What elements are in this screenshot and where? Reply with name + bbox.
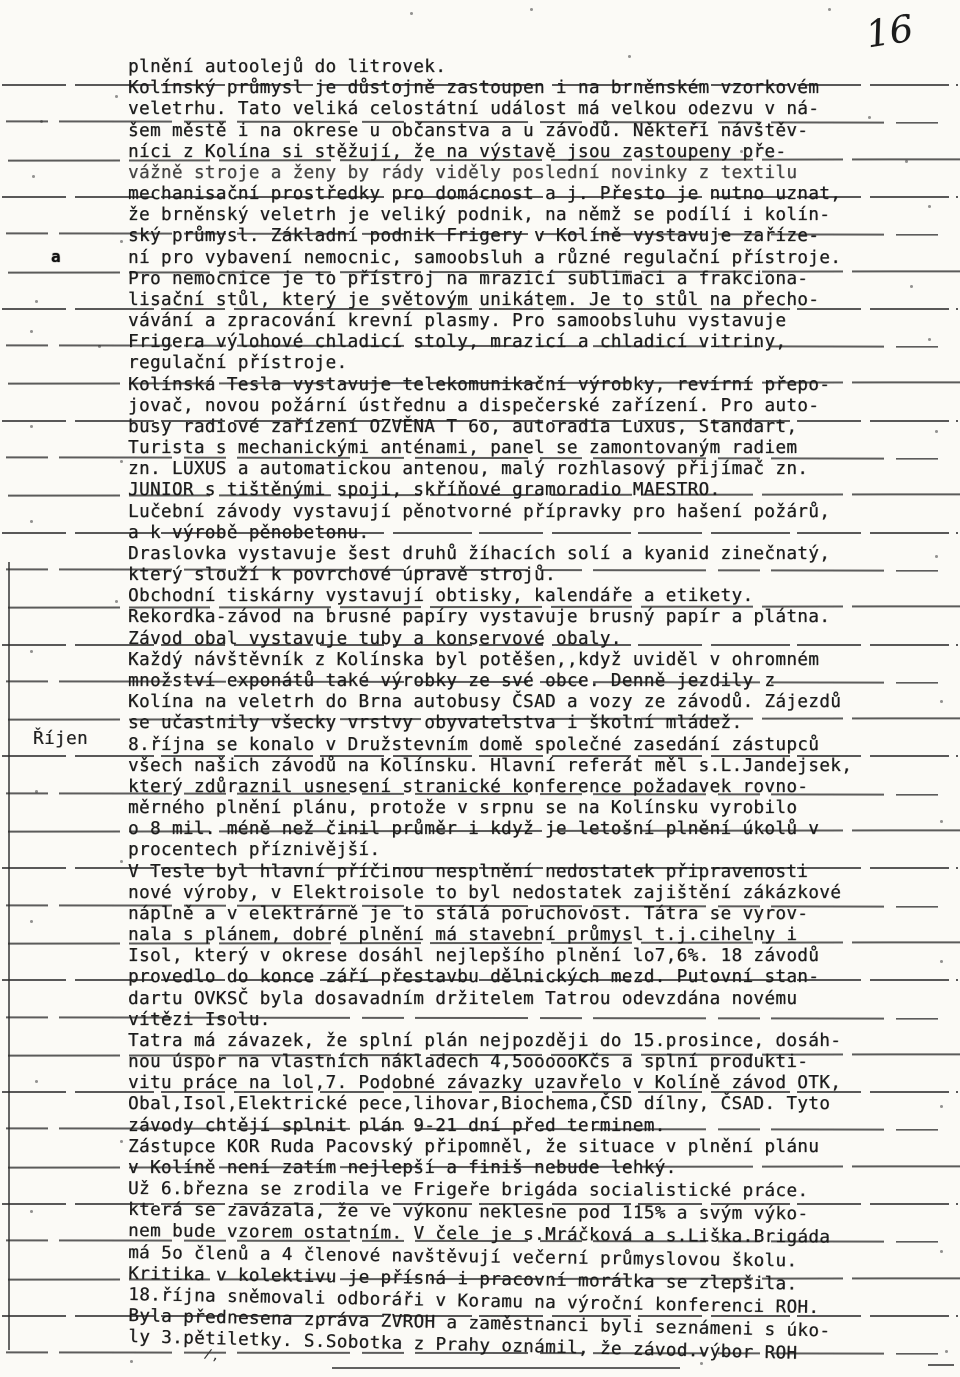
text-line: lisační stůl, který je světovým unikátem… bbox=[128, 290, 918, 311]
text-line: vitu práce na lol,7. Podobné závazky uza… bbox=[128, 1073, 918, 1094]
text-line: zn. LUXUS a automatickou antenou, malý r… bbox=[128, 459, 918, 480]
text-line: veletrhu. Tato veliká celostátní událost… bbox=[128, 99, 918, 120]
text-line: V Tesle byl hlavní příčinou nesplnění ne… bbox=[128, 862, 918, 883]
text-line: a k výrobě pěnobetonu. bbox=[128, 523, 918, 544]
text-line: Rekordka-závod na brusné papíry vystavuj… bbox=[128, 607, 918, 628]
text-line: Kolína na veletrh do Brna autobusy ČSAD … bbox=[128, 692, 918, 713]
scan-speck bbox=[98, 345, 101, 348]
text-line: plnění autoolejů do litrovek. bbox=[128, 57, 918, 78]
scan-speck bbox=[868, 116, 871, 119]
text-line: Turista s mechanickými anténami, panel s… bbox=[128, 438, 918, 459]
scan-speck bbox=[130, 1360, 133, 1363]
scan-speck bbox=[940, 1105, 943, 1108]
text-line: Lučební závody vystavují pěnotvorné příp… bbox=[128, 502, 918, 523]
text-line: Kolínská Tesla vystavuje telekomunikační… bbox=[128, 375, 918, 396]
text-line: JUNIOR s tištěnými spoji, skříňové gramo… bbox=[128, 480, 918, 501]
scan-speck bbox=[828, 8, 831, 11]
scan-speck bbox=[30, 520, 33, 523]
scan-speck bbox=[935, 555, 938, 558]
handwritten-page-number: 16 bbox=[863, 7, 916, 57]
text-line: ský průmysl. Základní podnik Frigery v K… bbox=[128, 226, 918, 247]
text-line: Obchodní tiskárny vystavují obtisky, kal… bbox=[128, 586, 918, 607]
text-line: jovač, novou požární ústřednu a dispečer… bbox=[128, 396, 918, 417]
text-line: Isol, který v okrese dosáhl nejlepšího p… bbox=[128, 946, 918, 967]
scan-speck bbox=[940, 960, 943, 963]
text-line: všech našich závodů na Kolínsku. Hlavní … bbox=[128, 756, 918, 777]
bottom-rule-fragment bbox=[928, 1364, 954, 1366]
text-line: nové výroby, v Elektroisole to byl nedos… bbox=[128, 883, 918, 904]
text-line: dartu OVKSČ byla dosavadním držitelem Ta… bbox=[128, 989, 918, 1010]
scan-speck bbox=[120, 860, 123, 863]
text-line: Frigera výlohové chladicí stoly, mrazicí… bbox=[128, 332, 918, 353]
scan-speck bbox=[410, 12, 413, 15]
text-line: šem městě i na okrese u občanstva a u zá… bbox=[128, 121, 918, 142]
text-line: Zástupce KOR Ruda Pacovský připomněl, že… bbox=[128, 1137, 918, 1158]
text-line: v Kolíně není zatím nejlepší a finiš neb… bbox=[128, 1158, 918, 1179]
scan-speck bbox=[945, 1350, 948, 1353]
text-line: Každý návštěvník z Kolínska byl potěšen,… bbox=[128, 650, 918, 671]
text-line: Tatra má závazek, že splní plán nejpozdě… bbox=[128, 1031, 918, 1052]
text-line: že brněnský veletrh je veliký podnik, na… bbox=[128, 205, 918, 226]
text-line: nala s plánem, dobré plnění má stavební … bbox=[128, 925, 918, 946]
text-line: nou úspor na vlastních nákladech 4,5oooo… bbox=[128, 1052, 918, 1073]
text-line: Draslovka vystavuje šest druhů žíhacích … bbox=[128, 544, 918, 565]
scan-speck bbox=[30, 1210, 33, 1213]
text-line: Závod obal vystavuje tuby a konservové o… bbox=[128, 629, 918, 650]
scan-speck bbox=[935, 430, 938, 433]
text-line: mechanisační prostředky pro domácnost a … bbox=[128, 184, 918, 205]
margin-vertical-line bbox=[8, 562, 10, 1350]
scan-speck bbox=[910, 285, 913, 288]
text-line: regulační přístroje. bbox=[128, 353, 918, 374]
text-line: vávání a zpracování krevní plasmy. Pro s… bbox=[128, 311, 918, 332]
text-line: Kolínský průmysl je důstojně zastoupen i… bbox=[128, 78, 918, 99]
text-line: provedlo do konce září přestavbu dělnick… bbox=[128, 967, 918, 988]
scan-speck bbox=[928, 338, 931, 341]
text-line: busy radiové zařízení OZVĚNA T 6o, autor… bbox=[128, 417, 918, 438]
scan-speck bbox=[30, 330, 33, 333]
scan-speck bbox=[700, 1362, 703, 1365]
text-line: náplně a v elektrárně je to stálá poruch… bbox=[128, 904, 918, 925]
scan-speck bbox=[628, 55, 631, 58]
text-line: který slouží k povrchové úpravě strojů. bbox=[128, 565, 918, 586]
margin-ink-mark: a bbox=[51, 247, 61, 266]
text-line: Pro nemocnice je to přístroj na mrazicí … bbox=[128, 269, 918, 290]
scan-speck bbox=[32, 175, 35, 178]
text-line: níci z Kolína si stěžují, že na výstavě … bbox=[128, 142, 918, 163]
text-line: Už 6.března se zrodila ve Frigeře brigád… bbox=[128, 1179, 918, 1203]
scan-speck bbox=[905, 160, 908, 163]
scan-speck bbox=[120, 1140, 123, 1143]
scan-speck bbox=[940, 700, 943, 703]
scanned-page: 16 Říjen a /, plnění autoolejů do litrov… bbox=[0, 0, 960, 1377]
text-line: který zdůraznil usnesení stranické konfe… bbox=[128, 777, 918, 798]
scan-speck bbox=[35, 790, 38, 793]
text-line: Obal,Isol,Elektrické pece,lihovar,Bioche… bbox=[128, 1094, 918, 1115]
scan-speck bbox=[740, 150, 743, 153]
text-line: o 8 mil. méně než činil průměr i když je… bbox=[128, 819, 918, 840]
scan-speck bbox=[902, 14, 905, 17]
text-line: měrného plnění plánu, protože v srpnu se… bbox=[128, 798, 918, 819]
text-line: ní pro vybavení nemocnic, samoobsluh a r… bbox=[128, 248, 918, 269]
scan-speck bbox=[30, 650, 33, 653]
scan-speck bbox=[35, 300, 38, 303]
scan-speck bbox=[115, 95, 118, 98]
scan-speck bbox=[120, 460, 123, 463]
bottom-rule-fragment bbox=[332, 1367, 680, 1369]
scan-speck bbox=[35, 1080, 38, 1083]
text-line: procentech příznivější. bbox=[128, 840, 918, 861]
scan-speck bbox=[115, 600, 118, 603]
scan-speck bbox=[30, 425, 33, 428]
text-line: množství exponátů také výrobky ze své ob… bbox=[128, 671, 918, 692]
text-line: závody chtějí splnit plán 9-21 dní před … bbox=[128, 1116, 918, 1137]
scan-speck bbox=[928, 205, 931, 208]
text-line: vážně stroje a ženy by rády viděly posle… bbox=[128, 163, 918, 184]
scan-speck bbox=[940, 1250, 943, 1253]
scan-speck bbox=[120, 240, 123, 243]
typed-text: plnění autoolejů do litrovek.Kolínský pr… bbox=[128, 57, 918, 1348]
scan-speck bbox=[30, 920, 33, 923]
margin-note-month: Říjen bbox=[33, 729, 88, 749]
scan-speck bbox=[40, 120, 43, 123]
scan-speck bbox=[940, 820, 943, 823]
scan-speck bbox=[530, 8, 533, 11]
text-line: 8.října se konalo v Družstevním domě spo… bbox=[128, 735, 918, 756]
text-line: vítězi Isolu. bbox=[128, 1010, 918, 1031]
text-line: se učastnily všecky vrstvy obyvatelstva … bbox=[128, 713, 918, 734]
